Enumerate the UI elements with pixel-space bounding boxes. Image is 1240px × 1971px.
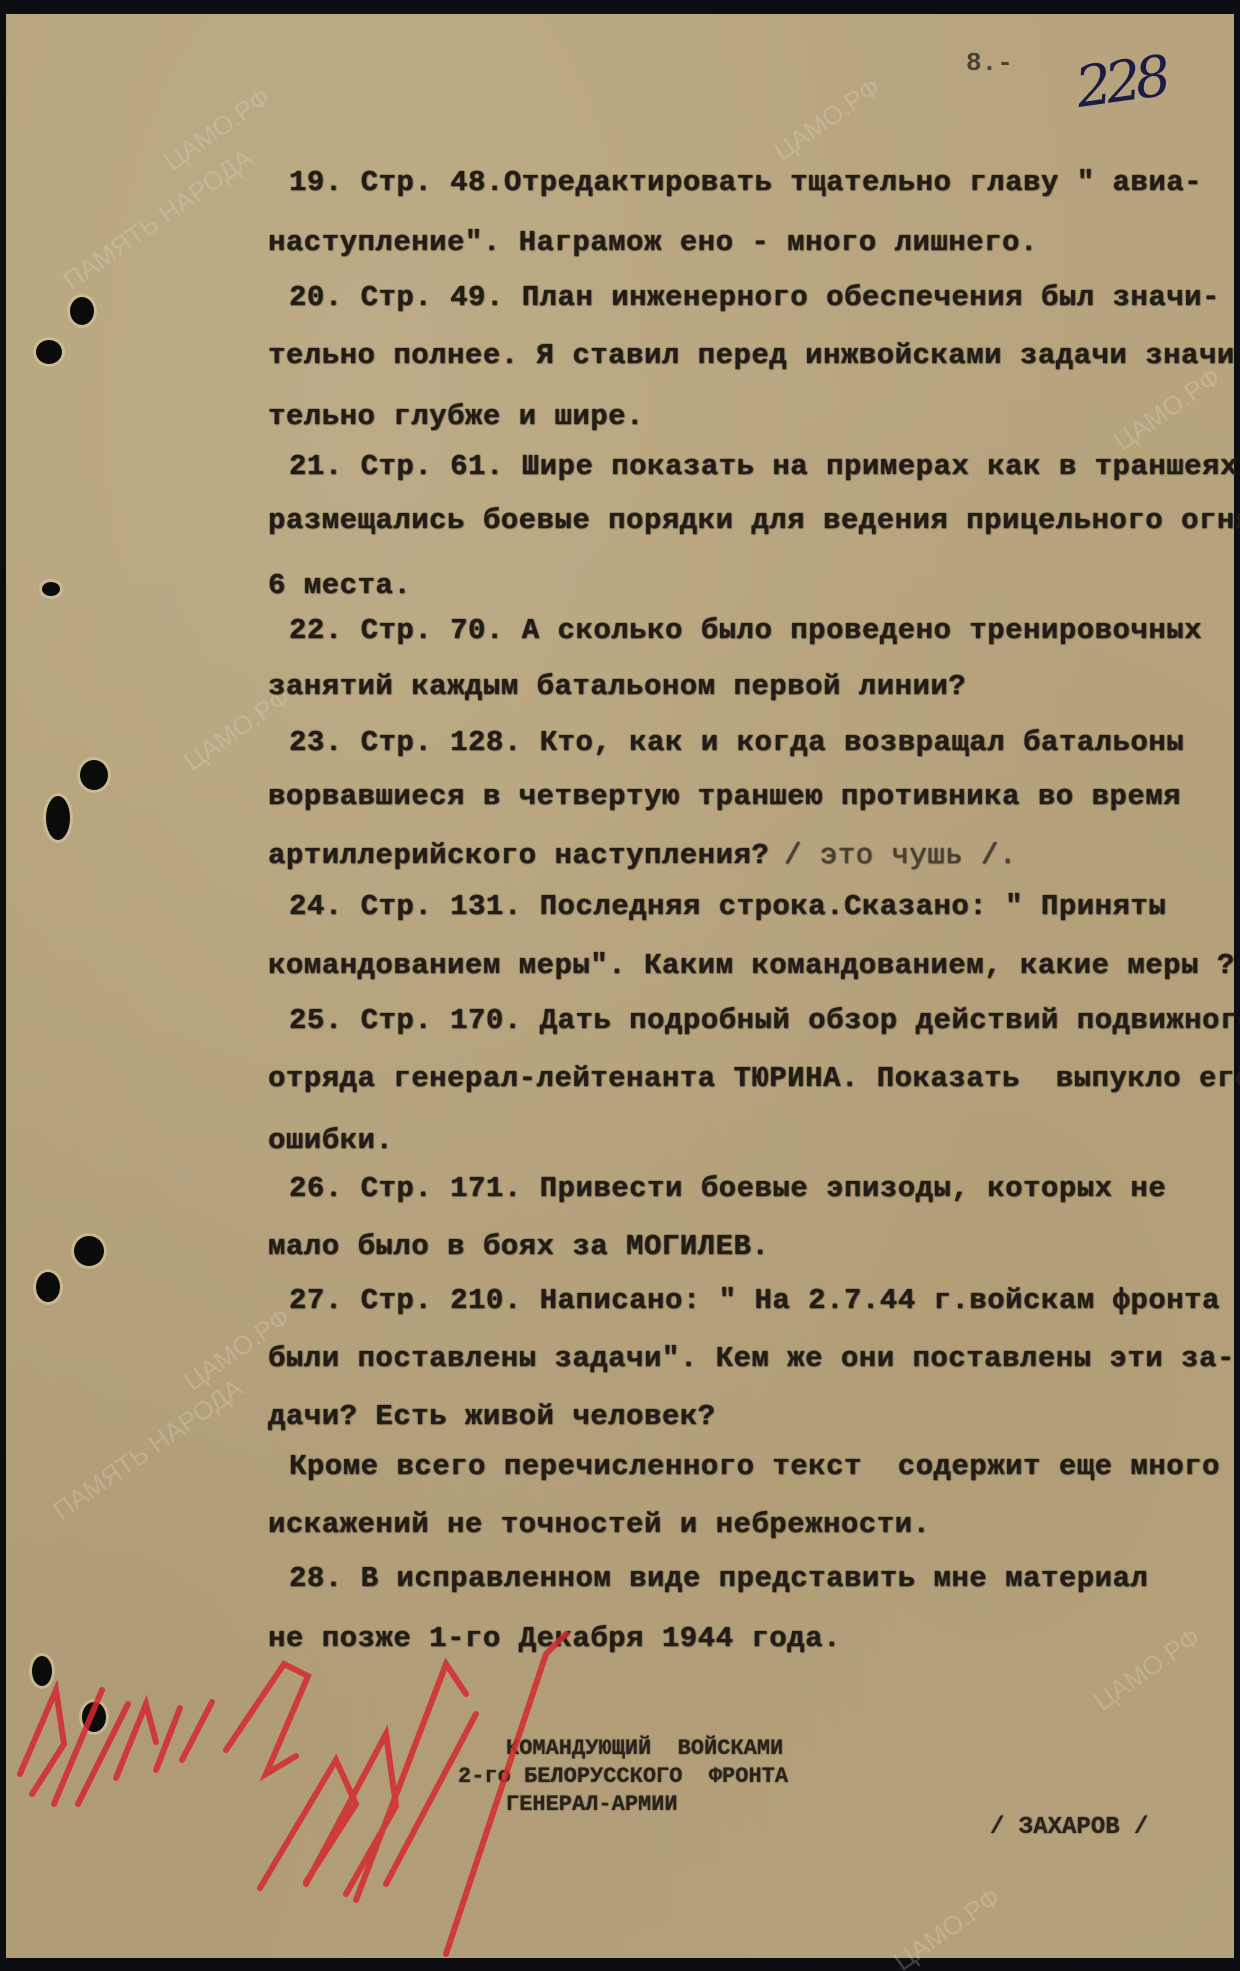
signature-title-line-3: ГЕНЕРАЛ-АРМИИ [506, 1792, 678, 1817]
item-26-line-2: мало было в боях за МОГИЛЕВ. [268, 1230, 769, 1263]
item-24-line-1: 24. Стр. 131. Последняя строка.Сказано: … [289, 890, 1166, 923]
item-27-line-3: дачи? Есть живой человек? [268, 1400, 716, 1433]
summary-line-2: искажений не точностей и небрежности. [268, 1508, 930, 1541]
binding-hole [32, 1656, 52, 1686]
binding-hole [82, 1702, 106, 1732]
binding-hole [46, 796, 70, 840]
item-25-line-3: ошибки. [268, 1124, 393, 1157]
signature-title-line-2: 2-го БЕЛОРУССКОГО ФРОНТА [458, 1764, 788, 1789]
binding-hole [70, 297, 94, 325]
item-19-line-1: 19. Стр. 48.Отредактировать тщательно гл… [289, 166, 1202, 199]
binding-hole [36, 1272, 60, 1302]
item-23-annotation: / это чушь /. [784, 839, 1017, 872]
item-23-line-3: артиллерийского наступления? [268, 839, 769, 872]
item-28-line-2: не позже 1-го Декабря 1944 года. [268, 1622, 841, 1655]
archive-folio-number: 228 [1072, 44, 1169, 121]
item-20-line-2: тельно полнее. Я ставил перед инжвойскам… [268, 339, 1240, 372]
item-21-line-3: 6 места. [268, 569, 411, 602]
document-page: ПАМЯТЬ НАРОДА ЦАМО.РФ ЦАМО.РФ ЦАМО.РФ ЦА… [6, 14, 1234, 1958]
item-27-line-2: были поставлены задачи". Кем же они пост… [268, 1342, 1235, 1375]
item-23-line-1: 23. Стр. 128. Кто, как и когда возвращал… [289, 726, 1184, 759]
item-23-line-2: ворвавшиеся в четвертую траншею противни… [268, 780, 1181, 813]
binding-hole [74, 1236, 104, 1266]
item-21-line-2: размещались боевые порядки для ведения п… [268, 504, 1240, 537]
binding-hole [42, 582, 60, 596]
item-24-line-2: командованием меры". Каким командованием… [268, 949, 1235, 982]
page-number: 8.- [966, 48, 1013, 78]
signature-title-line-1: КОМАНДУЮЩИЙ ВОЙСКАМИ [506, 1736, 783, 1761]
watermark: ЦАМО.РФ [888, 1882, 1006, 1971]
item-27-line-1: 27. Стр. 210. Написано: " На 2.7.44 г.во… [289, 1284, 1220, 1317]
watermark: ПАМЯТЬ НАРОДА [57, 143, 258, 297]
item-19-line-2: наступление". Награмож ено - много лишне… [268, 226, 1038, 259]
binding-hole [36, 340, 62, 364]
watermark: ЦАМО.РФ [1108, 362, 1226, 458]
item-22-line-1: 22. Стр. 70. А сколько было проведено тр… [289, 614, 1202, 647]
item-25-line-1: 25. Стр. 170. Дать подробный обзор дейст… [289, 1004, 1240, 1037]
item-22-line-2: занятий каждым батальоном первой линии? [268, 670, 966, 703]
item-28-line-1: 28. В исправленном виде представить мне … [289, 1562, 1148, 1595]
item-26-line-1: 26. Стр. 171. Привести боевые эпизоды, к… [289, 1172, 1166, 1205]
watermark: ПАМЯТЬ НАРОДА [47, 1373, 248, 1527]
item-25-line-2: отряда генерал-лейтенанта ТЮРИНА. Показа… [268, 1062, 1240, 1095]
watermark: ЦАМО.РФ [768, 72, 886, 168]
item-20-line-3: тельно глубже и шире. [268, 400, 644, 433]
summary-line-1: Кроме всего перечисленного текст содержи… [289, 1450, 1220, 1483]
signatory-name: / ЗАХАРОВ / [990, 1814, 1148, 1841]
item-20-line-1: 20. Стр. 49. План инженерного обеспечени… [289, 281, 1220, 314]
item-21-line-1: 21. Стр. 61. Шире показать на примерах к… [289, 450, 1238, 483]
watermark: ЦАМО.РФ [1088, 1622, 1206, 1718]
binding-hole [80, 760, 108, 790]
